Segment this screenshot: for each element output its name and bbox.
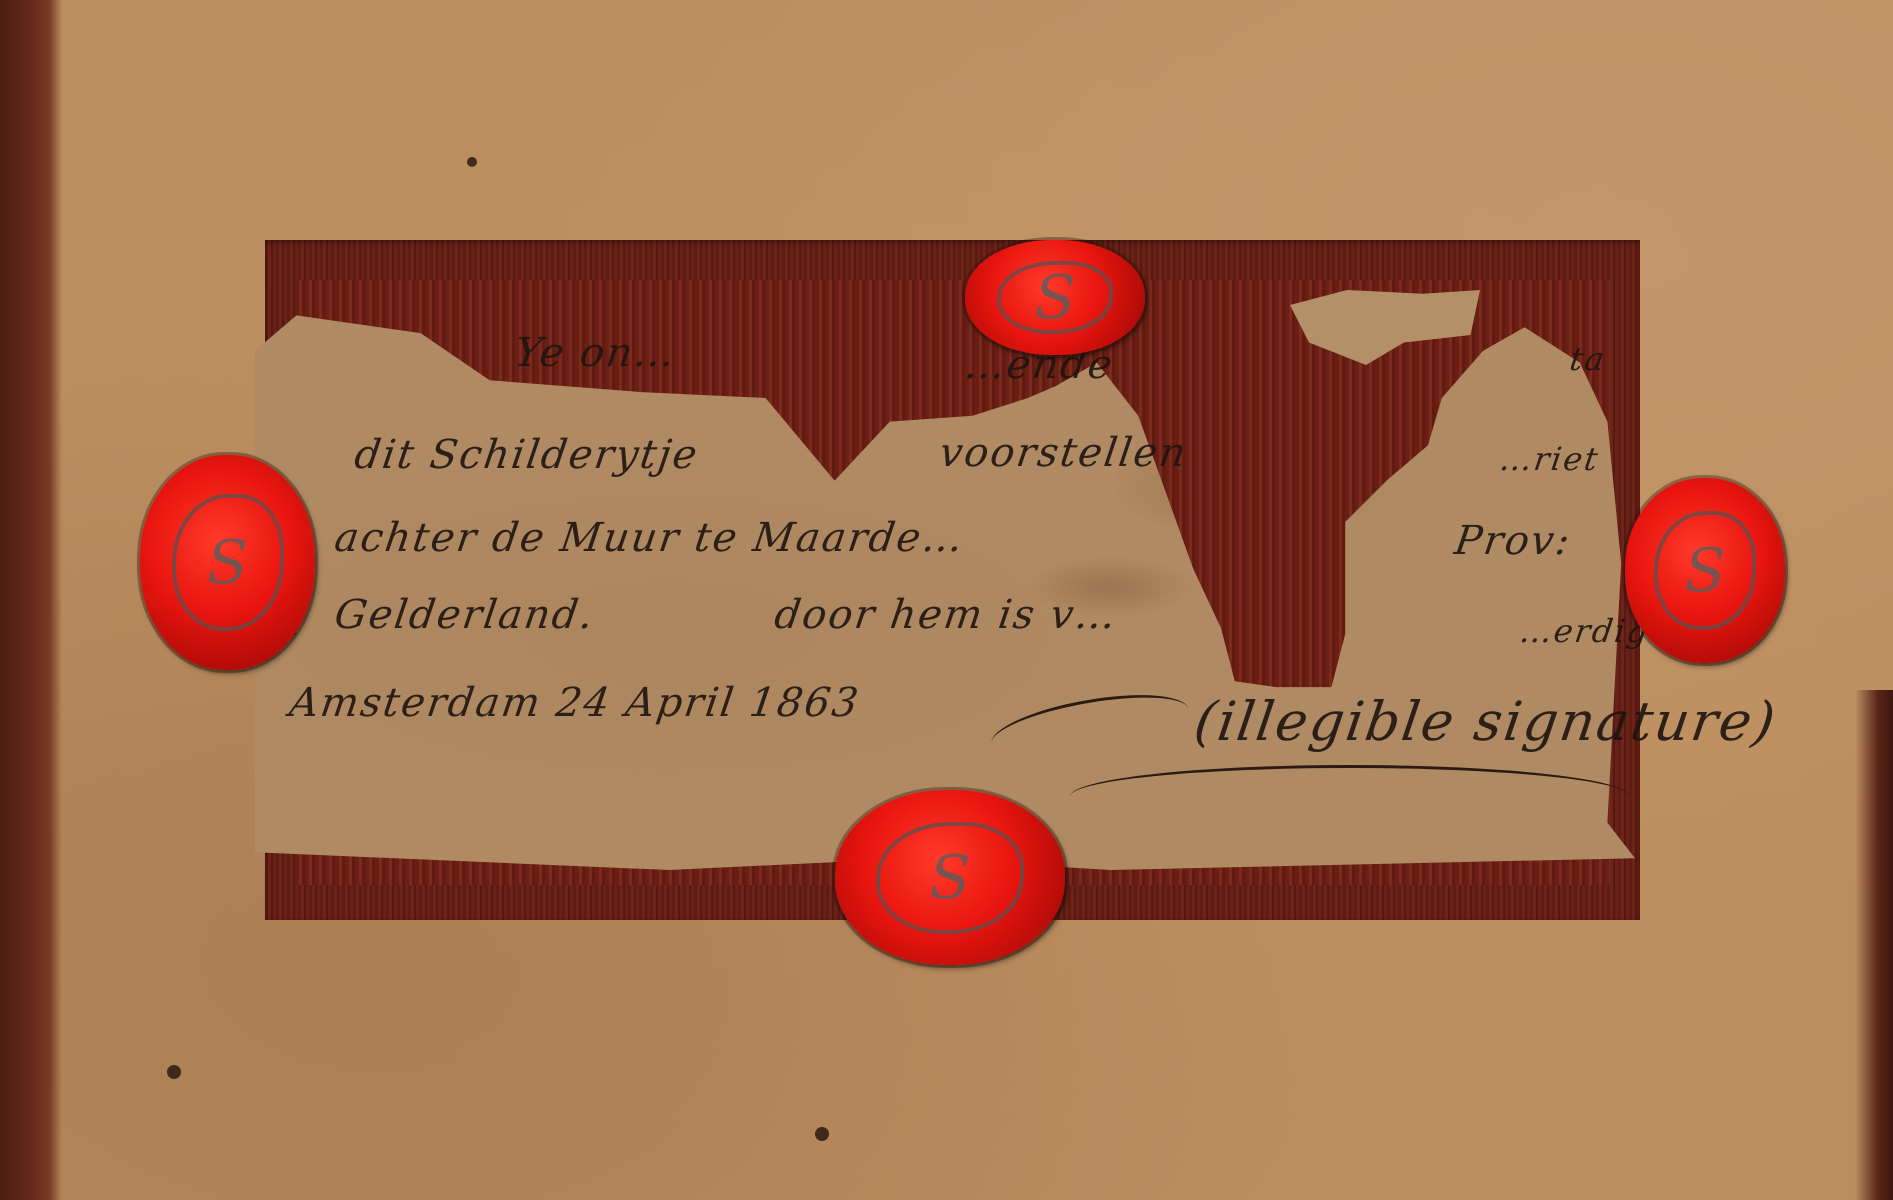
label-line: Gelderland. — [332, 592, 598, 638]
label-line: …erdig — [1517, 612, 1652, 650]
label-line: Ye on… — [512, 330, 680, 376]
signature: (illegible signature) — [1191, 690, 1781, 753]
speck — [167, 1065, 181, 1079]
seal-monogram: S — [1654, 511, 1756, 629]
wood-edge-right — [1855, 690, 1893, 1200]
wood-edge-left — [0, 0, 62, 1200]
seal-monogram: S — [172, 494, 284, 632]
label-line: achter de Muur te Maarde… — [332, 515, 968, 561]
wax-seal-left: S — [140, 455, 315, 670]
label-line: dit Schilderytje — [352, 432, 702, 478]
seal-monogram: S — [876, 822, 1023, 934]
seal-monogram: S — [997, 261, 1112, 335]
speck — [467, 157, 477, 167]
wax-seal-right: S — [1625, 478, 1785, 663]
label-line: Amsterdam 24 April 1863 — [287, 680, 863, 726]
label-line: door hem is v… — [772, 592, 1121, 638]
wax-seal-bottom: S — [835, 790, 1065, 965]
wax-seal-top: S — [965, 240, 1145, 355]
signature-flourish — [1070, 765, 1630, 828]
label-line: voorstellen — [937, 430, 1191, 476]
label-line: ta — [1567, 340, 1608, 378]
speck — [815, 1127, 829, 1141]
label-line: Prov: — [1452, 518, 1575, 564]
label-line: …riet — [1497, 440, 1602, 478]
